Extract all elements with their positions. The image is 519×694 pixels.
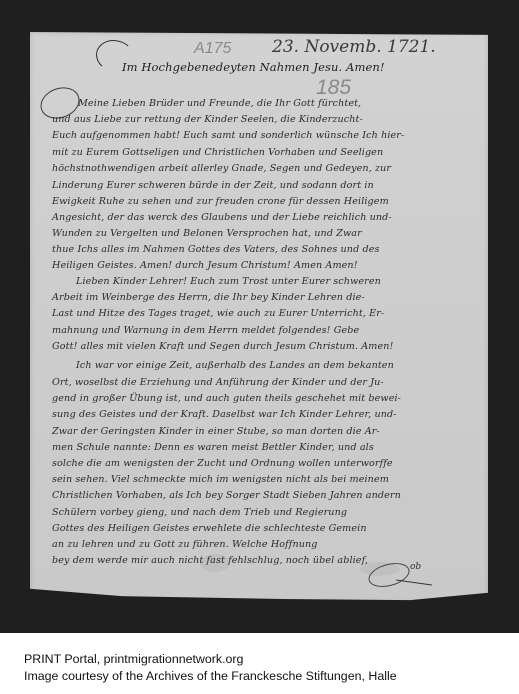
text-line: gend in großer Übung ist, und auch guten… (52, 393, 401, 404)
item-number: 185 (316, 76, 351, 100)
text-line: und aus Liebe zur rettung der Kinder See… (52, 114, 363, 125)
text-line: Lieben Kinder Lehrer! Euch zum Trost unt… (76, 276, 381, 287)
text-line: Christlichen Vorhaben, als Ich bey Sorge… (52, 490, 401, 501)
text-line: Ich war vor einige Zeit, außerhalb des L… (76, 360, 394, 371)
text-line: Ort, woselbst die Erziehung und Anführun… (52, 377, 384, 388)
text-line: thue Ichs alles im Nahmen Gottes des Vat… (52, 244, 380, 255)
scan-background: A175 23. Novemb. 1721. Im Hochgebenedeyt… (0, 0, 519, 633)
credit-portal: PRINT Portal, printmigrationnetwork.org (24, 651, 397, 668)
text-line: Wunden zu Vergelten und Belonen Versproc… (52, 228, 362, 239)
text-line: men Schule nannte: Denn es waren meist B… (52, 442, 374, 453)
document-date: 23. Novemb. 1721. (272, 37, 436, 57)
text-line: Linderung Eurer schweren bürde in der Ze… (52, 180, 374, 191)
signature: ob (368, 562, 432, 588)
text-line: solche die am wenigsten der Zucht und Or… (52, 458, 393, 469)
text-line: mahnung und Warnung in dem Herrn meldet … (52, 325, 359, 336)
text-line: Euch aufgenommen habt! Euch samt und son… (52, 130, 404, 141)
text-line: Heiligen Geistes. Amen! durch Jesum Chri… (52, 260, 358, 271)
credit-archive: Image courtesy of the Archives of the Fr… (24, 668, 397, 685)
text-line: Zwar der Geringsten Kinder in einer Stub… (52, 426, 380, 437)
salutation-heading: Im Hochgebenedeyten Nahmen Jesu. Amen! (122, 60, 385, 74)
text-line: Arbeit im Weinberge des Herrn, die Ihr b… (52, 292, 365, 303)
text-line: bey dem werde mir auch nicht fast fehlsc… (52, 555, 368, 566)
signature-flourish (366, 559, 412, 591)
text-line: höchstnothwendigen arbeit allerley Gnade… (52, 163, 391, 174)
text-line: Angesicht, der das werck des Glaubens un… (52, 212, 392, 223)
image-credit: PRINT Portal, printmigrationnetwork.org … (24, 651, 397, 685)
text-line: Schülern vorbey gieng, und nach dem Trie… (52, 507, 347, 518)
text-line: Ewigkeit Ruhe zu sehen und zur freuden c… (52, 196, 389, 207)
text-line: Meine Lieben Brüder und Freunde, die Ihr… (78, 98, 361, 109)
signature-text: ob (410, 562, 421, 572)
text-line: Last und Hitze des Tages traget, wie auc… (52, 308, 384, 319)
text-line: sein sehen. Viel schmeckte mich im wenig… (52, 474, 389, 485)
text-line: sung des Geistes und der Kraft. Daselbst… (52, 409, 397, 420)
text-line: mit zu Eurem Gottseligen und Christliche… (52, 147, 383, 158)
archive-number: A175 (194, 40, 231, 58)
text-line: an zu lehren und zu Gott zu führen. Welc… (52, 539, 318, 550)
text-line: Gottes des Heiligen Geistes erwehlete di… (52, 523, 367, 534)
signature-tail (396, 579, 432, 585)
text-line: Gott! alles mit vielen Kraft und Segen d… (52, 341, 394, 352)
